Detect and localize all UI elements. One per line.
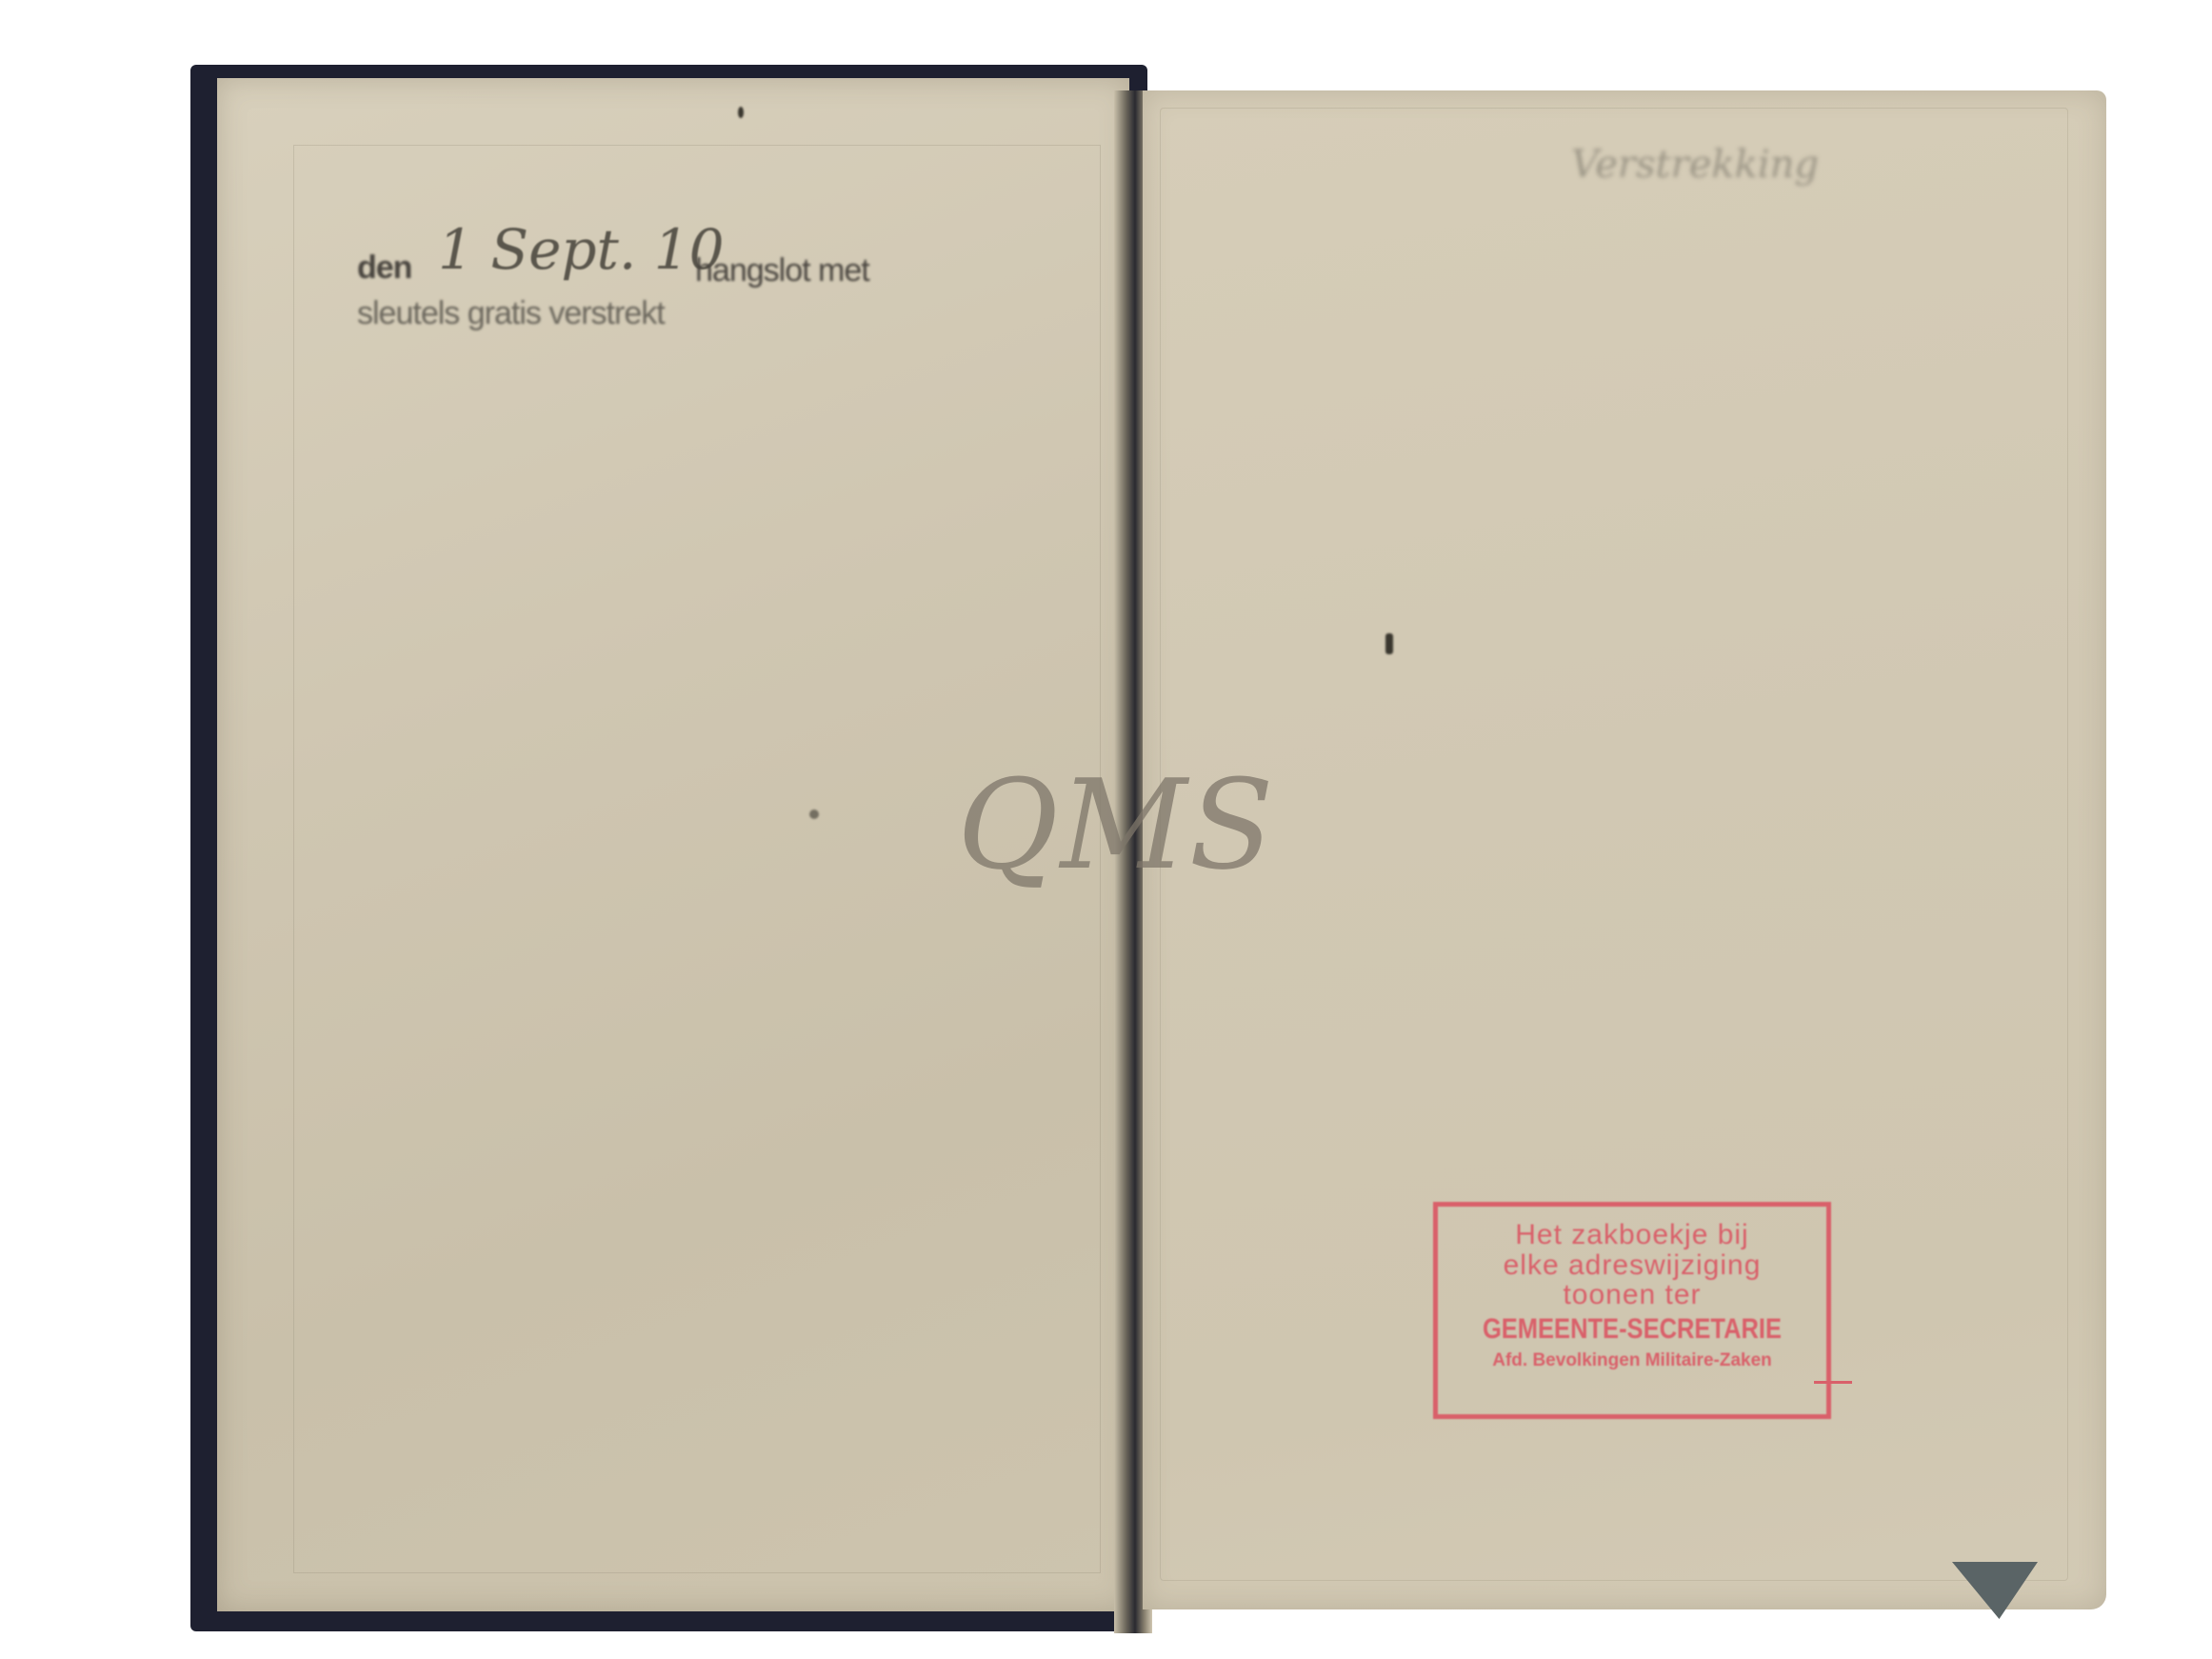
- municipal-stamp: Het zakboekje bij elke adreswijziging to…: [1433, 1202, 1831, 1419]
- stamp-line-3: toonen ter: [1438, 1280, 1826, 1310]
- printed-hangslot-met: hangslot met: [695, 252, 869, 290]
- handwritten-date: 1 Sept. 10: [438, 217, 725, 282]
- paper-mark: [809, 810, 819, 819]
- stamp-line-2: elke adreswijziging: [1438, 1250, 1826, 1281]
- stamp-line-4: GEMEENTE-SECRETARIE: [1467, 1314, 1798, 1345]
- printed-den: den: [357, 250, 411, 287]
- paper-mark: [738, 107, 744, 118]
- stamp-line-1: Het zakboekje bij: [1438, 1220, 1826, 1250]
- qms-watermark: QMS: [957, 752, 1276, 897]
- stamp-underline-tail: [1814, 1381, 1852, 1384]
- pencil-note: Verstrekking: [1571, 143, 1819, 187]
- printed-sleutels-line: sleutels gratis verstrekt: [357, 295, 665, 332]
- stamp-line-5: Afd. Bevolkingen Militaire-Zaken: [1438, 1351, 1826, 1370]
- paper-mark: [1385, 633, 1393, 654]
